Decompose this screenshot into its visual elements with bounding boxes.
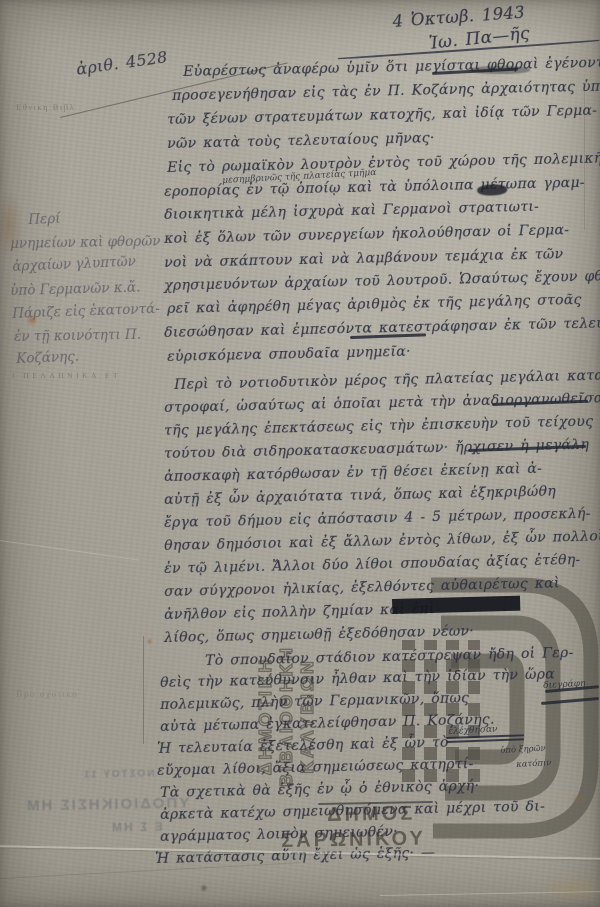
- body-line: Περὶ τὸ νοτιοδυτικὸν μέρος τῆς πλατείας …: [174, 368, 600, 393]
- paper-stain: [26, 314, 38, 326]
- body-line: θησαν δημόσιοι καὶ ἐξ ἄλλων ἐντὸς λίθων,…: [164, 528, 600, 554]
- correction-note: κατόπιν: [516, 758, 552, 770]
- body-line: εὑρισκόμενα σπουδαῖα μνημεῖα·: [167, 344, 411, 365]
- paper-crease: [0, 540, 139, 560]
- margin-note-line: ἀρχαίων γλυπτῶν: [12, 254, 136, 275]
- body-line: προσεγενήθησαν εἰς τὰς ἐν Π. Κοζάνης ἀρχ…: [172, 78, 600, 104]
- body-line: νῶν κατὰ τοὺς τελευταίους μῆνας·: [167, 130, 435, 152]
- margin-note-line: μνημείων καὶ φθορῶν: [10, 233, 161, 252]
- bleedthrough-text: Ε Σ ΗΜ: [110, 820, 163, 835]
- faint-print: Εθνικη Βιβλ: [16, 102, 75, 112]
- margin-note-line: ὑπὸ Γερμανῶν κ.ἄ.: [10, 280, 141, 299]
- faint-vertical-rule: [143, 636, 144, 744]
- ink-smudge: [477, 184, 507, 196]
- body-line: ρεῖ καὶ ἀφηρέθη μέγας ἀριθμὸς ἐκ τῆς μεγ…: [167, 292, 582, 317]
- body-line: Εἰς τὸ ρωμαϊκὸν λουτρὸν ἐντὸς τοῦ χώρου …: [167, 150, 600, 176]
- paper-stain: [569, 793, 587, 806]
- body-line: νοὶ νὰ σκάπτουν καὶ νὰ λαμβάνουν τεμάχια…: [164, 246, 564, 271]
- faint-vertical-rule: [584, 90, 585, 230]
- paper-crease: [0, 862, 300, 879]
- body-line: Εὐαρέστως ἀναφέρω ὑμῖν ὅτι μεγίσται φθορ…: [183, 55, 600, 80]
- margin-note-line: ἐν τῇ κοινότητι Π.: [14, 327, 141, 345]
- paper-stain: [200, 884, 208, 892]
- protocol-number: ἀριθ. 4528: [75, 47, 169, 79]
- body-line: τῆς μεγάλης ἐπεκτάσεως εἰς τὴν ἐπισκευὴν…: [164, 414, 593, 439]
- body-line: τῶν ξένων στρατευμάτων κατοχῆς, καὶ ἰδίᾳ…: [167, 103, 597, 128]
- margin-note-line: Κοζάνης.: [16, 349, 79, 367]
- body-line: αὐτῇ ἐξ ὧν ἀρχαιότατα τινά, ὅπως καὶ ἐξη…: [164, 483, 556, 508]
- bleedthrough-text: ΝΟΣΤΟΥ 11: [82, 768, 155, 780]
- margin-note-line: Περί: [28, 211, 61, 228]
- paper-stain: [538, 874, 600, 904]
- body-line: κοὶ ἐξ ὅλων τῶν συνεργείων ἠκολούθησαν ο…: [164, 222, 569, 247]
- scanned-document-page: ΔΗΜΟΤΙΚΗ ΒΙΒΛΙΟΘΗΚΗ ΚΑΛΥΒΙΩΝ ΔΗΜΟΣ ΣΑΡΩΝ…: [0, 0, 600, 907]
- faint-print: Προ αχυτικο: [16, 689, 78, 699]
- faint-print: Ι ΠΕΛΛΗΝΙΚΑ ΕΤ: [12, 371, 121, 380]
- body-line: ἀποσκαφὴ κατόρθωσαν ἐν τῇ θέσει ἐκείνῃ κ…: [164, 461, 542, 485]
- body-line: ἔργα τοῦ δήμου εἰς ἀπόστασιν 4 - 5 μέτρω…: [164, 506, 591, 531]
- ink-smudge: [470, 66, 530, 74]
- body-line: χρησιμευόντων ἀρχαίων τοῦ λουτροῦ. Ὡσαύτ…: [164, 268, 600, 294]
- paper-stain: [146, 638, 153, 645]
- body-line: διοικητικὰ μέλη ἰσχυρὰ καὶ Γερμανοὶ στρα…: [164, 199, 539, 223]
